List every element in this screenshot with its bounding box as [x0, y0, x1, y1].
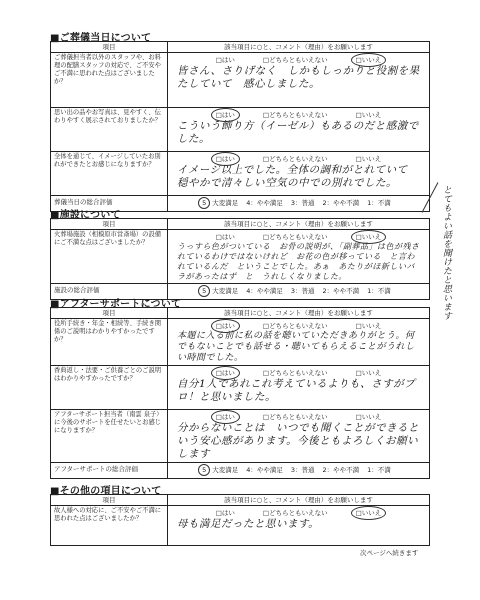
option-no[interactable]: □いいえ [356, 154, 382, 164]
option-yes-selected[interactable]: □はい [216, 154, 235, 164]
question-row: ご葬儀担当者以外のスタッフや、お料理の配膳スタッフの対応で、ご不安やご不満に思わ… [51, 53, 430, 108]
option-yes[interactable]: □はい [216, 232, 235, 242]
option-yes[interactable]: □はい [216, 55, 235, 65]
question-text: 全体を通じて、イメージしていたお別れができたとお感じになりますか？ [51, 152, 168, 196]
other-table: 項目 該当項目に○と、コメント（理由）をお願いします 故人様への対応に、ご不安や… [50, 494, 430, 546]
option-no[interactable]: □いいえ [356, 321, 382, 331]
column-header-item: 項目 [51, 219, 168, 230]
after-support-table: 項目 該当項目に○と、コメント（理由）をお願いします 役所手続き・年金・相続等、… [50, 307, 430, 479]
option-yes-selected[interactable]: □はい [216, 321, 235, 331]
facility-table: 項目 該当項目に○と、コメント（理由）をお願いします 火葬場施設（相模原市営斎場… [50, 218, 430, 300]
rating-label: アフターサポートの総合評価 [51, 463, 168, 479]
option-neutral[interactable]: □どちらともいえない [263, 154, 328, 164]
funeral-day-table: 項目 該当項目に○と、コメント（理由）をお願いします ご葬儀担当者以外のスタッフ… [50, 41, 430, 212]
option-yes-selected[interactable]: □はい [216, 412, 235, 422]
option-no-selected[interactable]: □いいえ [356, 232, 382, 242]
question-row: 役所手続き・年金・相続等、手続き関係のご説明はわかりやすかったですか？ □はい … [51, 319, 430, 366]
question-row: 全体を通じて、イメージしていたお別れができたとお感じになりますか？ □はい □ど… [51, 152, 430, 196]
column-header-item: 項目 [51, 308, 168, 319]
option-neutral[interactable]: □どちらともいえない [263, 55, 328, 65]
column-header-options: 該当項目に○と、コメント（理由）をお願いします [168, 219, 430, 230]
option-neutral[interactable]: □どちらともいえない [263, 368, 328, 378]
option-neutral[interactable]: □どちらともいえない [263, 508, 328, 518]
question-text: 火葬場施設（相模原市営斎場）の設備にご不満な点はございましたか？ [51, 230, 168, 284]
next-page-note: 次ページへ続きます [360, 548, 418, 557]
question-row: アフターサポート担当者（南雲 泉子）に今後のサポートを任せたいとお感じになります… [51, 410, 430, 463]
rating-selected[interactable]: 5 [198, 285, 210, 297]
option-neutral[interactable]: □どちらともいえない [263, 412, 328, 422]
option-yes-selected[interactable]: □はい [216, 368, 235, 378]
question-row: 思い出の品やお写真は、見やすく、伝わりやすく展示されておりましたか？ □はい □… [51, 108, 430, 152]
option-neutral[interactable]: □どちらともいえない [263, 321, 328, 331]
question-text: ご葬儀担当者以外のスタッフや、お料理の配膳スタッフの対応で、ご不安やご不満に思わ… [51, 53, 168, 108]
option-no-selected[interactable]: □いいえ [356, 508, 382, 518]
comment-text: こういう飾り方（イーゼル）もあるのだと感激でした。 [171, 120, 426, 146]
margin-note: とてもよい話を聞けたと思います [440, 185, 451, 320]
comment-text: うっすら色がついている お骨の説明が、「副葬品」は色が残されているわけではないけ… [171, 242, 426, 282]
question-text: 香典返し・法要・ご供養ごとのご説明はわかりやすかったですか？ [51, 366, 168, 410]
option-no-selected[interactable]: □いいえ [356, 55, 382, 65]
column-header-item: 項目 [51, 42, 168, 53]
rating-scale[interactable]: 5大変満足4：やや満足3：普通2：やや不満1：不満 [168, 284, 430, 300]
rating-row: アフターサポートの総合評価 5大変満足4：やや満足3：普通2：やや不満1：不満 [51, 463, 430, 479]
column-header-options: 該当項目に○と、コメント（理由）をお願いします [168, 308, 430, 319]
option-yes-selected[interactable]: □はい [216, 110, 235, 120]
rating-selected[interactable]: 5 [198, 464, 210, 476]
rating-scale[interactable]: 5大変満足4：やや満足3：普通2：やや不満1：不満 [168, 463, 430, 479]
question-text: 役所手続き・年金・相続等、手続き関係のご説明はわかりやすかったですか？ [51, 319, 168, 366]
comment-text: 分からないことは いつでも聞くことができるという安心感があります。今後ともよろし… [171, 422, 426, 461]
question-row: 故人様への対応に、ご不安やご不満に思われた点はございましたか？ □はい □どちら… [51, 506, 430, 546]
option-no[interactable]: □いいえ [356, 110, 382, 120]
option-neutral[interactable]: □どちらともいえない [263, 110, 328, 120]
question-text: アフターサポート担当者（南雲 泉子）に今後のサポートを任せたいとお感じになります… [51, 410, 168, 463]
option-yes[interactable]: □はい [216, 508, 235, 518]
question-row: 香典返し・法要・ご供養ごとのご説明はわかりやすかったですか？ □はい □どちらと… [51, 366, 430, 410]
option-no[interactable]: □いいえ [356, 368, 382, 378]
comment-text: 母も満足だったと思います。 [171, 518, 426, 531]
rating-selected[interactable]: 5 [198, 197, 210, 209]
comment-text: 自分1人であれこれ考えているよりも、さすがプロ！と思いました。 [171, 378, 426, 404]
comment-text: 皆さん、さりげなく しかもしっかりと役割を果たしていて 感心しました。 [171, 65, 426, 91]
comment-text: イメージ以上でした。全体の調和がとれていて 穏やかで清々しい空気の中での別れでし… [171, 164, 426, 190]
question-row: 火葬場施設（相模原市営斎場）の設備にご不満な点はございましたか？ □はい □どち… [51, 230, 430, 284]
column-header-options: 該当項目に○と、コメント（理由）をお願いします [168, 42, 430, 53]
column-header-item: 項目 [51, 495, 168, 506]
comment-text: 本題に入る前に私の話を聴いていただきありがとう。何でもないことでも話せる・聴いて… [171, 331, 426, 364]
option-no[interactable]: □いいえ [356, 412, 382, 422]
column-header-options: 該当項目に○と、コメント（理由）をお願いします [168, 495, 430, 506]
question-text: 思い出の品やお写真は、見やすく、伝わりやすく展示されておりましたか？ [51, 108, 168, 152]
rating-scale[interactable]: 5大変満足4：やや満足3：普通2：やや不満1：不満 [168, 196, 430, 212]
question-text: 故人様への対応に、ご不安やご不満に思われた点はございましたか？ [51, 506, 168, 546]
option-neutral[interactable]: □どちらともいえない [263, 232, 328, 242]
